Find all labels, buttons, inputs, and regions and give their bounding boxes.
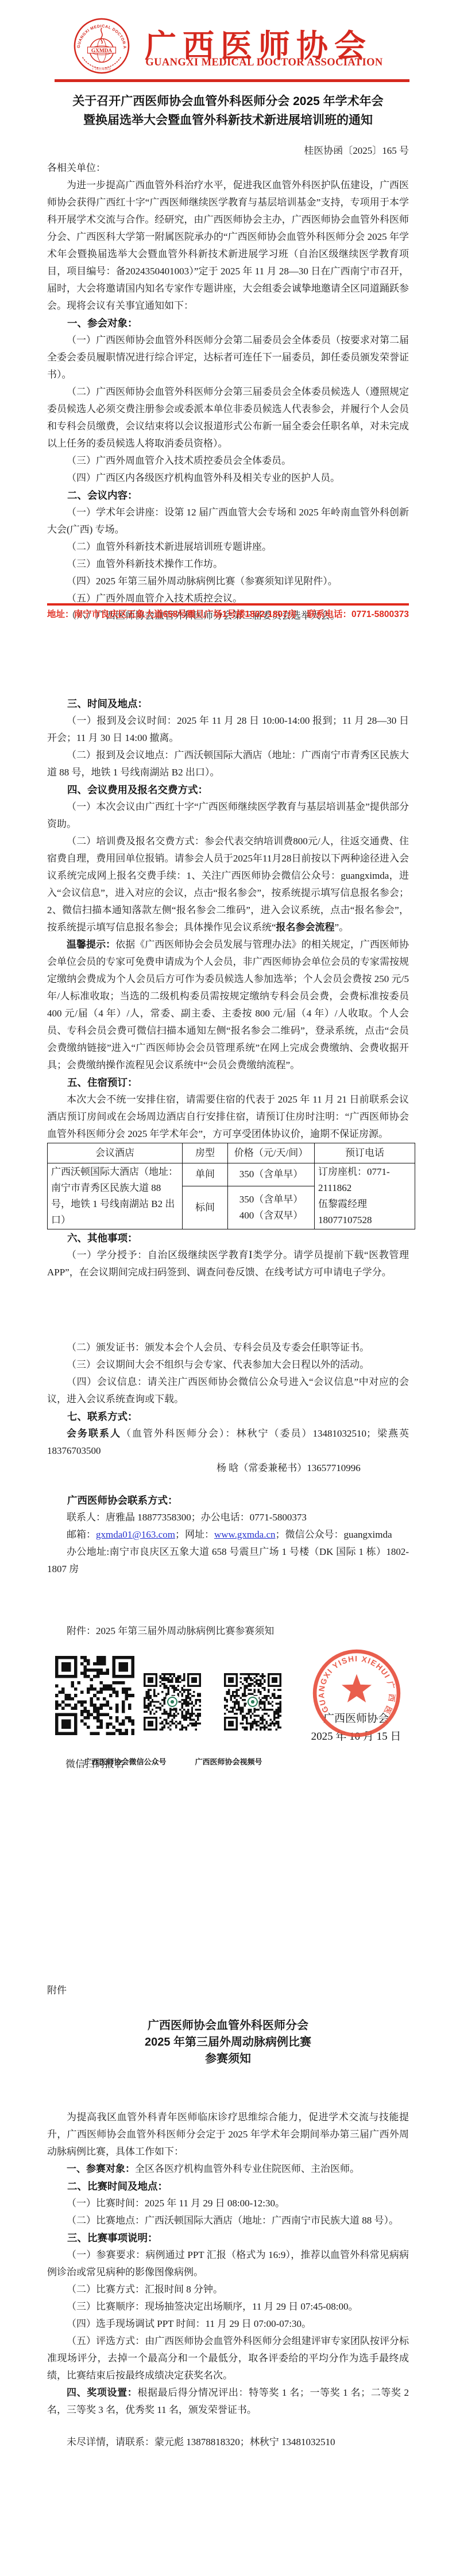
attachment-title: 广西医师协会血管外科医师分会 2025 年第三届外周动脉病例比赛 参赛须知: [47, 2018, 409, 2067]
notice-title-line2: 暨换届选举大会暨血管外科新技术新进展培训班的通知: [83, 114, 373, 127]
col-hotel: 会议酒店: [48, 1143, 183, 1163]
price-cell: 350（含单早） 400（含双早）: [228, 1186, 315, 1229]
association-links-line: 邮箱：gxmda01@163.com；网址：www.gxmda.cn；微信公众号…: [47, 1526, 409, 1543]
footer-address: 地址：南宁市良庆区五象大道658号震旦广场1号楼1802-1807房: [47, 608, 296, 621]
intro-paragraph: 为进一步提高广西血管外科治疗水平，促进我区血管外科医护队伍建设，广西医师协会获得…: [47, 177, 409, 315]
room-type-cell: 单间: [183, 1163, 228, 1186]
section-2-item: （二）血管外科新技术新进展培训班专题讲座。: [47, 538, 409, 556]
table-row: 广西沃顿国际大酒店（地址：南宁市青秀区民族大道 88 号，地铁 1 号线南湖站 …: [48, 1163, 415, 1186]
att-contact-line: 未尽详情，请联系：蒙元彪 13878818320；林秋宁 13481032510: [47, 2434, 409, 2451]
section-5-paragraph: 本次大会不统一安排住宿，请需要住宿的代表于 2025 年 11 月 21 日前联…: [47, 1091, 409, 1143]
section-1-item: （三）广西外周血管介入技术质控委员会全体委员。: [47, 452, 409, 470]
att-section-3-item: （二）比赛方式：汇报时间 8 分钟。: [47, 2281, 409, 2298]
notice-title-line1: 关于召开广西医师协会血管外科医师分会 2025 年学术年会: [72, 95, 383, 108]
org-name-en: GUANGXI MEDICAL DOCTOR ASSOCIATION: [142, 57, 386, 69]
section-4-item: （一）本次会议由广西红十字“广西医师继续医学教育与基层培训基金”提供部分资助。: [47, 798, 409, 833]
salutation: 各相关单位：: [47, 160, 409, 177]
attachment-title-line2: 2025 年第三届外周动脉病例比赛: [145, 2036, 311, 2049]
gxmda-logo-icon: GUANGXI MEDICAL DOCTOR ASSOCIATION GXMDA…: [74, 18, 130, 74]
section-7-heading: 七、联系方式：: [47, 1408, 409, 1425]
svg-text:GUANGXI YISHI XIEHUI 广 西 医 师 协: GUANGXI YISHI XIEHUI 广 西 医 师 协 会: [310, 1647, 397, 1716]
svg-text:GXMDA: GXMDA: [91, 48, 112, 54]
price-line: 350（含单早）: [231, 1192, 311, 1208]
booking-phone-cell: 订房座机：0771-2111862 伍黎霞经理 18077107528: [315, 1163, 415, 1229]
email-link[interactable]: gxmda01@163.com: [96, 1529, 175, 1540]
table-header-row: 会议酒店 房型 价格（元/天/间） 预订电话: [48, 1143, 415, 1163]
attachment-reference: 附件：2025 年第三届外周动脉病例比赛参赛须知: [47, 1623, 409, 1640]
section-6-item: （二）颁发证书：颁发本会个人会员、专科会员及专委会任职等证书。: [47, 1339, 409, 1356]
page-2: 三、时间及地点： （一）报到及会议时间：2025 年 11 月 28 日 10:…: [0, 644, 456, 1288]
att-section-4: 四、奖项设置：根据最后得分情况评出：特等奖 1 名；一等奖 1 名；二等奖 2 …: [47, 2384, 409, 2419]
att-s4-label: 四、奖项设置：: [67, 2387, 137, 2398]
section-2-heading: 二、会议内容：: [47, 487, 409, 504]
qr-caption-video: 广西医师协会视频号: [177, 1756, 280, 1767]
seal-arc-text: GUANGXI YISHI XIEHUI 广 西 医 师 协 会: [310, 1647, 397, 1716]
document-number: 桂医协函〔2025〕165 号: [47, 142, 409, 160]
registration-flow-bold: 报名参会流程: [276, 922, 335, 933]
web-label: ；网址：: [175, 1529, 214, 1540]
section-1-heading: 一、参会对象：: [47, 315, 409, 332]
section-4-item2: （二）培训费及报名交费方式：参会代表交纳培训费800元/人，往返交通费、住宿费自…: [47, 833, 409, 936]
price-line: 400（含双早）: [231, 1208, 311, 1224]
col-booking-phone: 预订电话: [315, 1143, 415, 1163]
section-2-item: （四）2025 年第三届外周动脉病例比赛（参赛须知详见附件）。: [47, 573, 409, 590]
conference-contacts: 会务联系人（血管外科医师分会）：林秋宁（委员）13481032510；梁燕英 1…: [47, 1425, 409, 1460]
section-3-item: （一）报到及会议时间：2025 年 11 月 28 日 10:00-14:00 …: [47, 712, 409, 747]
header-rule: [55, 79, 409, 82]
contact-line2: 杨 晗（常委兼秘书）13657710996: [47, 1460, 409, 1477]
registration-qr-code: [55, 1656, 134, 1735]
video-channel-qr-code: [224, 1673, 281, 1731]
section-4-heading: 四、会议费用及报名交费方式：: [47, 781, 409, 798]
page-1: GUANGXI MEDICAL DOCTOR ASSOCIATION GXMDA…: [0, 0, 456, 644]
contact-label: 会务联系人: [67, 1428, 121, 1439]
att-section-3-heading: 三、比赛事项说明：: [47, 2229, 409, 2247]
col-room-type: 房型: [183, 1143, 228, 1163]
page-3: （二）颁发证书：颁发本会个人会员、专科会员及专委会任职等证书。 （三）会议期间大…: [0, 1288, 456, 1932]
section-4-item2-text: （二）培训费及报名交费方式：参会代表交纳培训费800元/人，往返交通费、住宿费自…: [47, 836, 409, 933]
price-cell: 350（含单早）: [228, 1163, 315, 1186]
qr-caption-wechat: 广西医师协会微信公众号: [74, 1756, 177, 1767]
signature-area: 微信扫码报名 广西医师协会微信公众号 广西医师协会视频号 广西医师协会 2025…: [47, 1649, 409, 1782]
footer-phone: 联系电话：0771-5800373: [307, 608, 409, 621]
att-s1-text: 全区各医疗机构血管外科专业住院医师、主治医师。: [135, 2163, 360, 2174]
attachment-label: 附件: [47, 1982, 409, 1999]
section-2-item: （一）学术年会讲座：设第 12 届广西血管大会专场和 2025 年岭南血管外科创…: [47, 504, 409, 538]
warm-tip: 温馨提示：依据《广西医师协会会员发展与管理办法》的相关规定，广西医师协会单位会员…: [47, 936, 409, 1074]
website-link[interactable]: www.gxmda.cn: [214, 1529, 276, 1540]
warm-tip-label: 温馨提示：: [67, 939, 115, 950]
section-6-heading: 六、其他事项：: [47, 1229, 409, 1247]
wechat-official-account-qr-code: [144, 1673, 201, 1731]
svg-text:广西医师协会: 广西医师协会: [92, 67, 111, 71]
att-section-2-heading: 二、比赛时间及地点：: [47, 2178, 409, 2195]
section-3-item: （二）报到及会议地点：广西沃顿国际大酒店（地址：广西南宁市青秀区民族大道 88 …: [47, 747, 409, 781]
section-6-item: （一）学分授予：自治区级继续医学教育Ⅰ类学分。请学员提前下载“医教管理APP”，…: [47, 1247, 409, 1281]
attachment-title-line1: 广西医师协会血管外科医师分会: [148, 2019, 308, 2032]
section-1-item: （四）广西区内各级医疗机构血管外科及相关专业的医护人员。: [47, 470, 409, 487]
att-section-3-item: （一）参赛要求：病例通过 PPT 汇报（格式为 16:9），推荐以血管外科常见病…: [47, 2247, 409, 2281]
att-s1-label: 一、参赛对象：: [67, 2163, 135, 2174]
association-contact-heading: 广西医师协会联系方式：: [47, 1492, 409, 1509]
association-contact-line: 联系人：唐雅晶 18877358300；办公电话：0771-5800373: [47, 1509, 409, 1526]
col-price: 价格（元/天/间）: [228, 1143, 315, 1163]
att-section-3-item: （四）选手现场调试 PPT 时间：11 月 29 日 07:00-07:30。: [47, 2315, 409, 2333]
office-address-line: 办公地址:南宁市良庆区五象大道 658 号震旦广场 1 号楼（DK 国际 1 栋…: [47, 1543, 409, 1578]
footer-rule: [47, 603, 409, 606]
section-3-heading: 三、时间及地点：: [47, 695, 409, 712]
att-section-2-item: （二）比赛地点：广西沃顿国际大酒店（地址：广西南宁市民族大道 88 号）。: [47, 2212, 409, 2229]
booking-manager-line: 伍黎霞经理 18077107528: [318, 1196, 411, 1228]
att-section-2-item: （一）比赛时间：2025 年 11 月 29 日 08:00-12:30。: [47, 2195, 409, 2212]
booking-phone-line: 订房座机：0771-2111862: [318, 1164, 411, 1196]
att-section-3-item: （三）比赛顺序：现场抽签决定出场顺序，11 月 29 日 07:45-08:00…: [47, 2298, 409, 2315]
section-1-item: （一）广西医师协会血管外科医师分会第二届委员会全体委员（按要求对第二届全委会委员…: [47, 332, 409, 383]
att-section-3-item: （五）评选方式：由广西医师协会血管外科医师分会组建评审专家团队按评分标准现场评分…: [47, 2333, 409, 2384]
attachment-intro: 为提高我区血管外科青年医师临床诊疗思维综合能力，促进学术交流与技能提升，广西医师…: [47, 2109, 409, 2160]
attachment-title-line3: 参赛须知: [205, 2053, 251, 2065]
page-4: 附件 广西医师协会血管外科医师分会 2025 年第三届外周动脉病例比赛 参赛须知…: [0, 1932, 456, 2576]
section-1-item: （二）广西医师协会血管外科医师分会第三届委员会全体委员候选人（遵照规定委员候选人…: [47, 383, 409, 452]
hotel-table: 会议酒店 房型 价格（元/天/间） 预订电话 广西沃顿国际大酒店（地址：南宁市青…: [47, 1143, 415, 1229]
page-footer: 地址：南宁市良庆区五象大道658号震旦广场1号楼1802-1807房 联系电话：…: [47, 608, 409, 621]
section-4-item2-end: ”。: [335, 922, 349, 933]
svg-text:GUANGXI MEDICAL DOCTOR ASSOCIA: GUANGXI MEDICAL DOCTOR ASSOCIATION: [74, 18, 126, 49]
warm-tip-text: 依据《广西医师协会会员发展与管理办法》的相关规定，广西医师协会单位会员的专家可免…: [47, 939, 409, 1070]
hotel-cell: 广西沃顿国际大酒店（地址：南宁市青秀区民族大道 88 号，地铁 1 号线南湖站 …: [48, 1163, 183, 1229]
section-6-item: （三）会议期间大会不组织与会专家、代表参加大会日程以外的活动。: [47, 1356, 409, 1374]
official-seal: GUANGXI YISHI XIEHUI 广 西 医 师 协 会: [310, 1647, 403, 1740]
section-6-item: （四）会议信息：请关注广西医师协会微信公众号进入“会议信息”中对应的会议，进入会…: [47, 1374, 409, 1408]
att-section-1: 一、参赛对象：全区各医疗机构血管外科专业住院医师、主治医师。: [47, 2160, 409, 2178]
email-label: 邮箱：: [67, 1529, 96, 1540]
section-5-heading: 五、住宿预订：: [47, 1074, 409, 1091]
room-type-cell: 标间: [183, 1186, 228, 1229]
wechat-label: ；微信公众号：guangximda: [276, 1529, 392, 1540]
section-2-item: （三）血管外科新技术操作工作坊。: [47, 556, 409, 573]
